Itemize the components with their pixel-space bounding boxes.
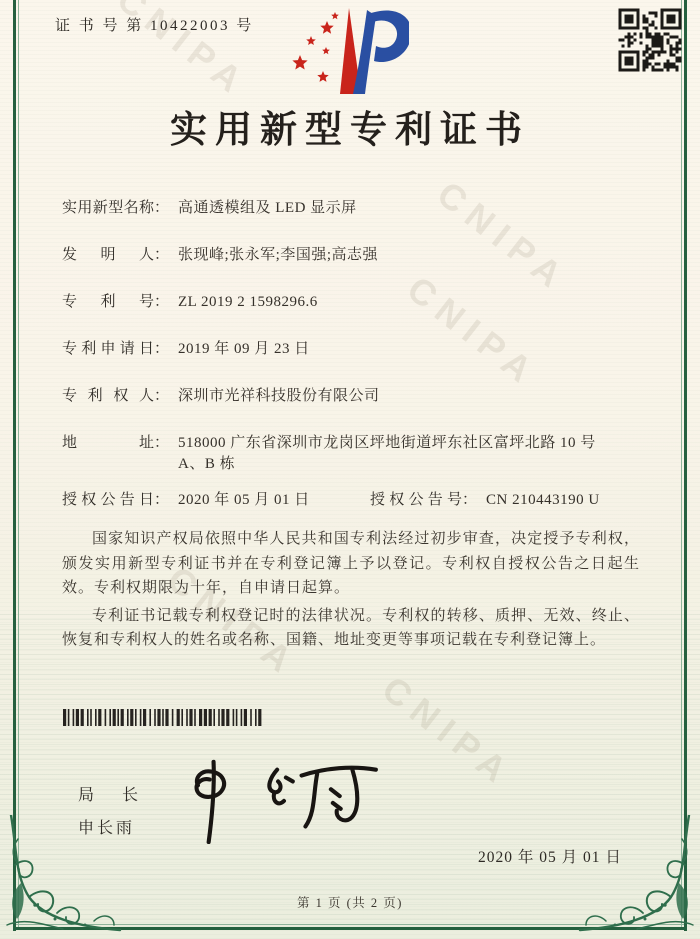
certificate-title: 实用新型专利证书 <box>0 99 700 153</box>
field-label: 专利权人 <box>62 386 154 407</box>
barcode-icon <box>63 709 263 726</box>
field-row-address: 地址： 518000 广东省深圳市龙岗区坪地街道坪东社区富坪北路 10 号 A、… <box>62 433 647 475</box>
issue-date: 2020 年 05 月 01 日 <box>450 845 650 867</box>
cnipa-logo-icon <box>283 4 409 96</box>
field-row-patent-number: 专利号： ZL 2019 2 1598296.6 <box>62 292 647 313</box>
field-colon: ： <box>154 433 169 454</box>
field-value: 张现峰;张永军;李国强;高志强 <box>178 245 378 266</box>
cnipa-watermark: CNIPA <box>374 668 521 796</box>
signer-name: 申长雨 <box>78 815 135 838</box>
field-label: 授权公告日 <box>62 490 154 511</box>
field-value: 518000 广东省深圳市龙岗区坪地街道坪东社区富坪北路 10 号 A、B 栋 <box>178 433 613 475</box>
field-value: 2019 年 09 月 23 日 <box>178 339 310 360</box>
field-value: 高通透模组及 LED 显示屏 <box>178 198 357 219</box>
grant-number-value: CN 210443190 U <box>486 490 600 511</box>
page-footer: 第 1 页 (共 2 页) <box>0 893 700 911</box>
field-colon: ： <box>154 245 169 266</box>
patent-certificate-page: CNIPA CNIPA CNIPA CNIPA CNIPA <box>0 0 700 939</box>
qr-code-icon <box>617 7 683 73</box>
legal-text: 国家知识产权局依照中华人民共和国专利法经过初步审查，决定授予专利权，颁发实用新型… <box>62 527 640 656</box>
field-row-grant: 授权公告日： 2020 年 05 月 01 日 授权公告号： CN 210443… <box>62 490 647 511</box>
field-colon: ： <box>154 339 169 360</box>
certificate-number: 证 书 号 第 10422003 号 <box>55 14 254 35</box>
field-colon: ： <box>462 490 477 511</box>
field-value: 深圳市光祥科技股份有限公司 <box>178 386 380 407</box>
field-colon: ： <box>154 490 169 511</box>
field-value: ZL 2019 2 1598296.6 <box>178 292 318 313</box>
field-label: 发明人 <box>62 245 154 266</box>
grant-date-value: 2020 年 05 月 01 日 <box>178 490 370 511</box>
field-colon: ： <box>154 386 169 407</box>
field-row-inventors: 发明人： 张现峰;张永军;李国强;高志强 <box>62 245 647 266</box>
field-row-patentee: 专利权人： 深圳市光祥科技股份有限公司 <box>62 386 647 407</box>
field-colon: ： <box>154 292 169 313</box>
field-list: 实用新型名称： 高通透模组及 LED 显示屏 发明人： 张现峰;张永军;李国强;… <box>62 198 647 537</box>
field-colon: ： <box>154 198 169 219</box>
corner-flourish-right-icon <box>578 815 696 937</box>
field-row-name: 实用新型名称： 高通透模组及 LED 显示屏 <box>62 198 647 219</box>
field-label: 实用新型名称 <box>62 198 154 219</box>
field-row-filing-date: 专利申请日： 2019 年 09 月 23 日 <box>62 339 647 360</box>
legal-paragraph-1: 国家知识产权局依照中华人民共和国专利法经过初步审查，决定授予专利权，颁发实用新型… <box>62 527 640 601</box>
legal-paragraph-2: 专利证书记载专利权登记时的法律状况。专利权的转移、质押、无效、终止、恢复和专利权… <box>62 604 640 653</box>
field-label: 专利号 <box>62 292 154 313</box>
signature-icon <box>182 756 382 844</box>
field-label: 地址 <box>62 433 154 454</box>
signer-title: 局 长 <box>78 782 150 805</box>
field-label: 授权公告号 <box>370 490 462 511</box>
field-label: 专利申请日 <box>62 339 154 360</box>
